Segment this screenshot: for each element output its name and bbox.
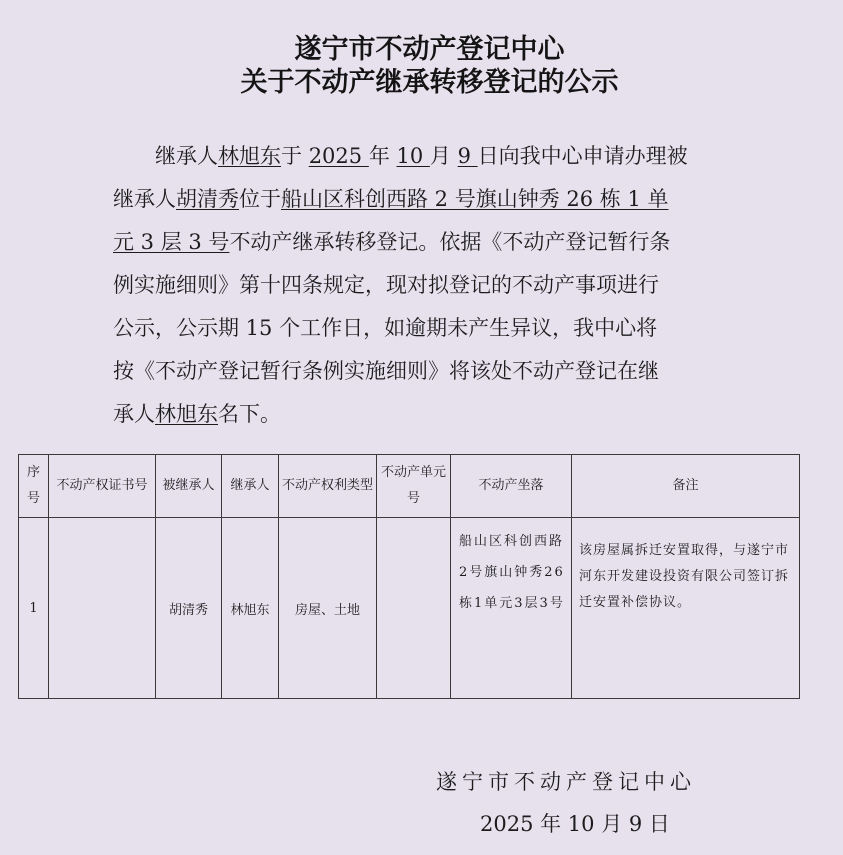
header-deceased: 被继承人 — [156, 455, 222, 518]
body-line: 承人林旭东名下。 — [113, 399, 281, 429]
body-text: 月 — [430, 144, 458, 168]
underlined-field: 2025 — [309, 144, 369, 168]
body-line: 按《不动产登记暂行条例实施细则》将该处不动产登记在继 — [113, 356, 659, 386]
cell-deceased: 胡清秀 — [156, 518, 222, 699]
header-certificate-no: 不动产权证书号 — [49, 455, 156, 518]
underlined-field: 林旭东 — [218, 144, 281, 168]
cell-right-type: 房屋、土地 — [279, 518, 377, 699]
cell-index: 1 — [19, 518, 49, 699]
body-text: 不动产继承转移登记。依据《不动产登记暂行条 — [229, 230, 670, 254]
header-remark: 备注 — [572, 455, 800, 518]
underlined-field: 9 — [458, 144, 478, 168]
header-unit-no: 不动产单元号 — [377, 455, 451, 518]
header-index: 序号 — [19, 455, 49, 518]
body-text: 继承人 — [113, 187, 176, 211]
body-line: 例实施细则》第十四条规定，现对拟登记的不动产事项进行 — [113, 270, 659, 300]
underlined-field: 10 — [397, 144, 430, 168]
cell-certificate-no — [49, 518, 156, 699]
cell-location: 船山区科创西路2号旗山钟秀26栋1单元3层3号 — [451, 518, 572, 699]
underlined-field: 元 3 层 3 号 — [113, 230, 229, 254]
underlined-field: 林旭东 — [155, 402, 218, 426]
body-text: 日向我中心申请办理被 — [478, 144, 688, 168]
cell-unit-no — [377, 518, 451, 699]
cell-remark: 该房屋属拆迁安置取得，与遂宁市河东开发建设投资有限公司签订拆迁安置补偿协议。 — [572, 518, 800, 699]
signature-date: 2025 年 10 月 9 日 — [480, 808, 670, 838]
body-text: 例实施细则》第十四条规定，现对拟登记的不动产事项进行 — [113, 273, 659, 297]
body-text: 继承人 — [155, 144, 218, 168]
body-text: 公示，公示期 15 个工作日，如逾期未产生异议，我中心将 — [113, 316, 657, 340]
notice-title-subject: 关于不动产继承转移登记的公示 — [8, 66, 843, 100]
table-row: 1 胡清秀 林旭东 房屋、土地 船山区科创西路2号旗山钟秀26栋1单元3层3号 … — [19, 518, 800, 699]
body-text: 于 — [281, 144, 309, 168]
body-line: 继承人林旭东于 2025 年 10 月 9 日向我中心申请办理被 — [155, 141, 688, 171]
header-location: 不动产坐落 — [451, 455, 572, 518]
body-line: 元 3 层 3 号不动产继承转移登记。依据《不动产登记暂行条 — [113, 227, 670, 257]
cell-heir: 林旭东 — [222, 518, 279, 699]
underlined-field: 胡清秀 — [176, 187, 239, 211]
table-header-row: 序号 不动产权证书号 被继承人 继承人 不动产权利类型 不动产单元号 不动产坐落… — [19, 455, 800, 518]
signature-organization: 遂宁市不动产登记中心 — [436, 766, 696, 796]
body-line: 公示，公示期 15 个工作日，如逾期未产生异议，我中心将 — [113, 313, 657, 343]
body-text: 年 — [369, 144, 397, 168]
body-text: 位于 — [239, 187, 281, 211]
underlined-field: 船山区科创西路 2 号旗山钟秀 26 栋 1 单 — [281, 187, 669, 211]
body-text: 名下。 — [218, 402, 281, 426]
registration-table: 序号 不动产权证书号 被继承人 继承人 不动产权利类型 不动产单元号 不动产坐落… — [18, 454, 800, 699]
body-line: 继承人胡清秀位于船山区科创西路 2 号旗山钟秀 26 栋 1 单 — [113, 184, 669, 214]
header-right-type: 不动产权利类型 — [279, 455, 377, 518]
header-heir: 继承人 — [222, 455, 279, 518]
notice-title-org: 遂宁市不动产登记中心 — [8, 33, 843, 67]
body-text: 承人 — [113, 402, 155, 426]
body-text: 按《不动产登记暂行条例实施细则》将该处不动产登记在继 — [113, 359, 659, 383]
